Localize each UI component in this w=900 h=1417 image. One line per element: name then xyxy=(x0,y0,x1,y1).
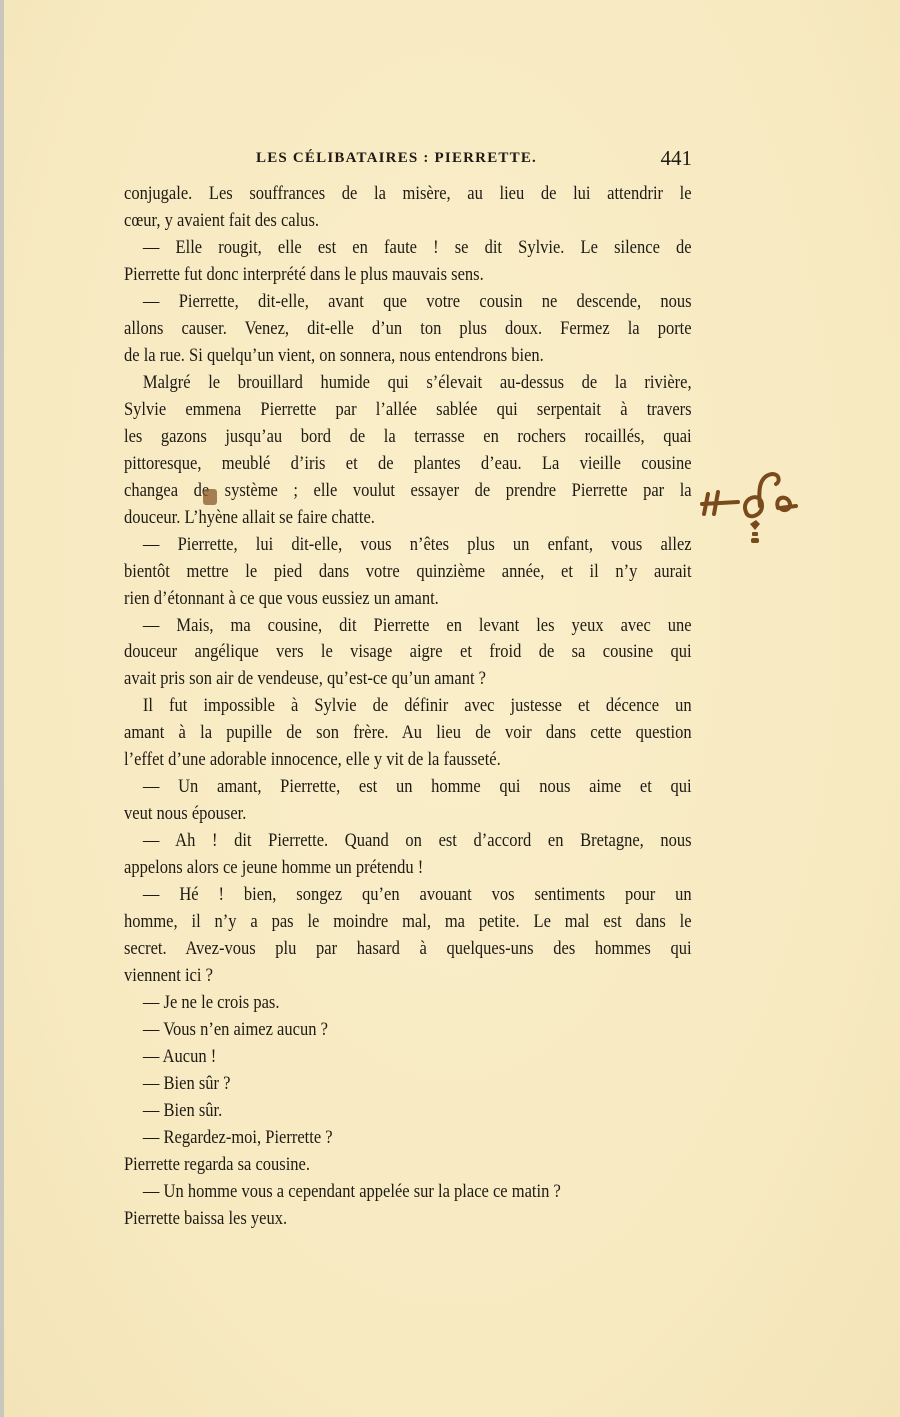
text-line: Malgré le brouillard humide qui s’élevai… xyxy=(124,370,692,397)
text-line: veut nous épouser. xyxy=(124,801,692,828)
text-line: — Pierrette, lui dit-elle, vous n’êtes p… xyxy=(124,532,692,559)
page-header: LES CÉLIBATAIRES : PIERRETTE. 441 xyxy=(124,148,692,174)
body-text: conjugale. Les souffrances de la misère,… xyxy=(124,181,612,1233)
text-line: — Vous n’en aimez aucun ? xyxy=(124,1017,692,1044)
text-line: — Ah ! dit Pierrette. Quand on est d’acc… xyxy=(124,828,692,855)
text-line: les gazons jusqu’au bord de la terrasse … xyxy=(124,424,692,451)
text-line: avait pris son air de vendeuse, qu’est-c… xyxy=(124,666,692,693)
text-line: appelons alors ce jeune homme un prétend… xyxy=(124,855,692,882)
handwritten-mark-icon xyxy=(700,468,800,548)
page-number: 441 xyxy=(661,146,693,171)
text-line: — Bien sûr ? xyxy=(124,1071,692,1098)
text-line: — Je ne le crois pas. xyxy=(124,990,692,1017)
text-line: — Elle rougit, elle est en faute ! se di… xyxy=(124,235,692,262)
text-line: — Regardez-moi, Pierrette ? xyxy=(124,1125,692,1152)
text-line: — Un homme vous a cependant appelée sur … xyxy=(124,1179,692,1206)
text-line: douceur angélique vers le visage aigre e… xyxy=(124,639,692,666)
text-line: Il fut impossible à Sylvie de définir av… xyxy=(124,693,692,720)
text-line: — Bien sûr. xyxy=(124,1098,692,1125)
text-line: allons causer. Venez, dit-elle d’un ton … xyxy=(124,316,692,343)
text-line: amant à la pupille de son frère. Au lieu… xyxy=(124,720,692,747)
text-line: conjugale. Les souffrances de la misère,… xyxy=(124,181,692,208)
text-line: — Hé ! bien, songez qu’en avouant vos se… xyxy=(124,882,692,909)
text-line: l’effet d’une adorable innocence, elle y… xyxy=(124,747,692,774)
marginal-annotation xyxy=(700,468,800,548)
text-line: — Aucun ! xyxy=(124,1044,692,1071)
text-line: Sylvie emmena Pierrette par l’allée sabl… xyxy=(124,397,692,424)
text-line: — Mais, ma cousine, dit Pierrette en lev… xyxy=(124,613,692,640)
text-line: viennent ici ? xyxy=(124,963,692,990)
text-line: de la rue. Si quelqu’un vient, on sonner… xyxy=(124,343,692,370)
text-line: Pierrette baissa les yeux. xyxy=(124,1206,692,1233)
text-line: homme, il n’y a pas le moindre mal, ma p… xyxy=(124,909,692,936)
text-line: — Pierrette, dit-elle, avant que votre c… xyxy=(124,289,692,316)
text-line: bientôt mettre le pied dans votre quinzi… xyxy=(124,559,692,586)
text-line: — Un amant, Pierrette, est un homme qui … xyxy=(124,774,692,801)
ink-stain xyxy=(203,489,217,505)
text-line: rien d’étonnant à ce que vous eussiez un… xyxy=(124,586,692,613)
text-line: pittoresque, meublé d’iris et de plantes… xyxy=(124,451,692,478)
text-line: Pierrette regarda sa cousine. xyxy=(124,1152,692,1179)
text-line: secret. Avez-vous plu par hasard à quelq… xyxy=(124,936,692,963)
running-title: LES CÉLIBATAIRES : PIERRETTE. xyxy=(256,150,537,167)
text-line: douceur. L’hyène allait se faire chatte. xyxy=(124,505,692,532)
text-line: cœur, y avaient fait des calus. xyxy=(124,208,692,235)
text-line: Pierrette fut donc interprété dans le pl… xyxy=(124,262,692,289)
